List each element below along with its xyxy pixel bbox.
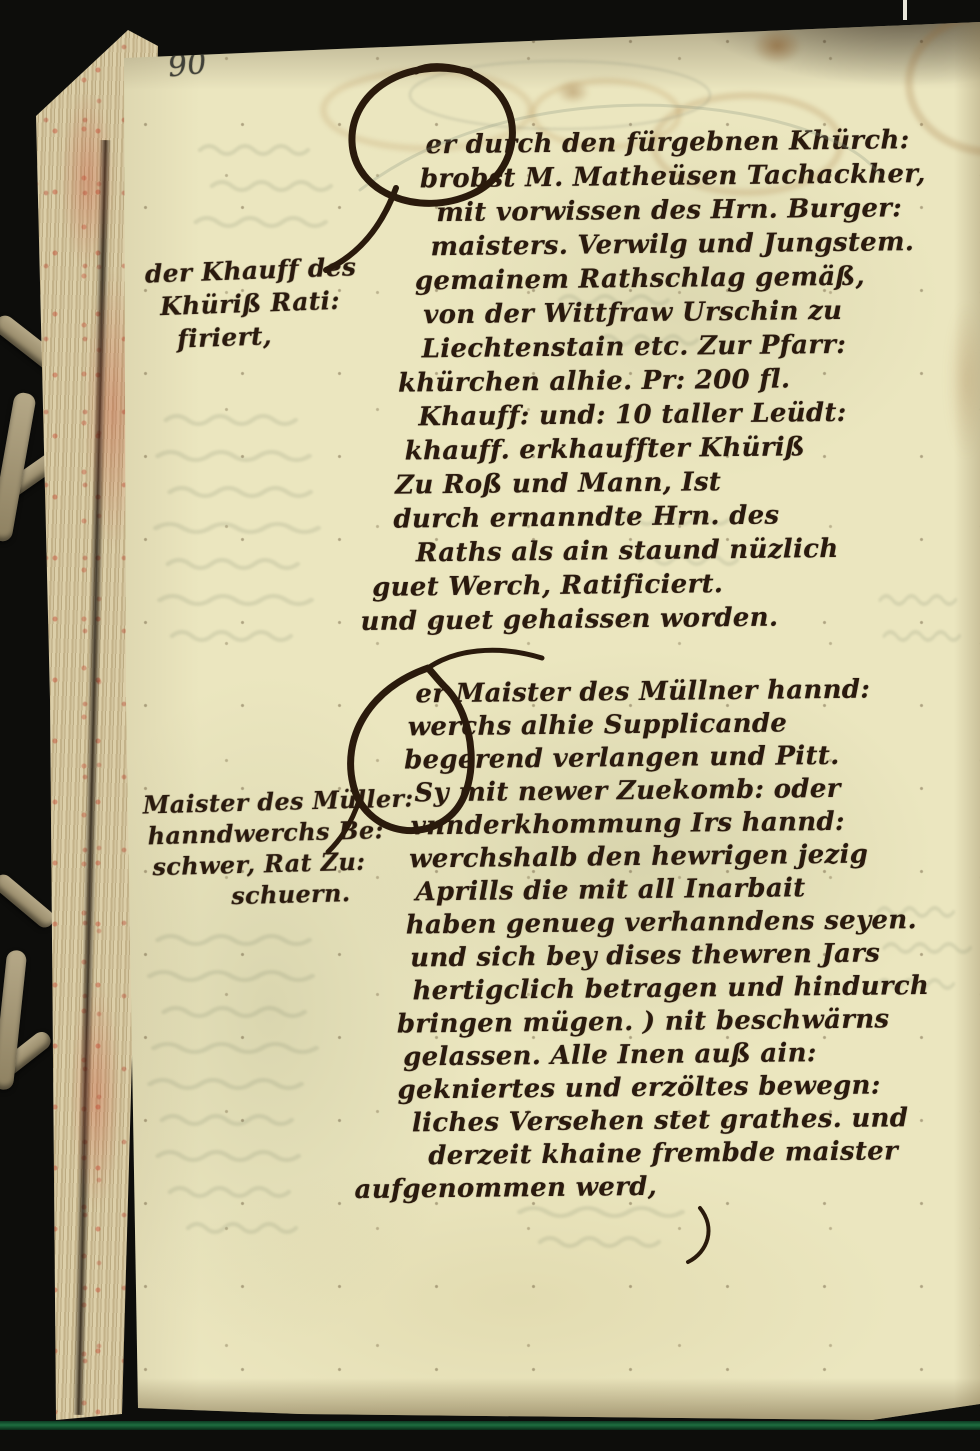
manuscript-photograph: 90 der Khauff des Khüriß Rati: firiert, …: [0, 0, 980, 1451]
table-surface-strip: [0, 1421, 980, 1430]
red-sprinkle-stain: [60, 90, 115, 270]
background-slit: [903, 0, 907, 20]
binding-cord: [0, 871, 57, 931]
initial-flourish-icon: [0, 0, 980, 1451]
manuscript-page: 90 der Khauff des Khüriß Rati: firiert, …: [0, 0, 980, 1451]
red-sprinkle-stain: [70, 980, 122, 1210]
binding-cord: [0, 949, 27, 1090]
